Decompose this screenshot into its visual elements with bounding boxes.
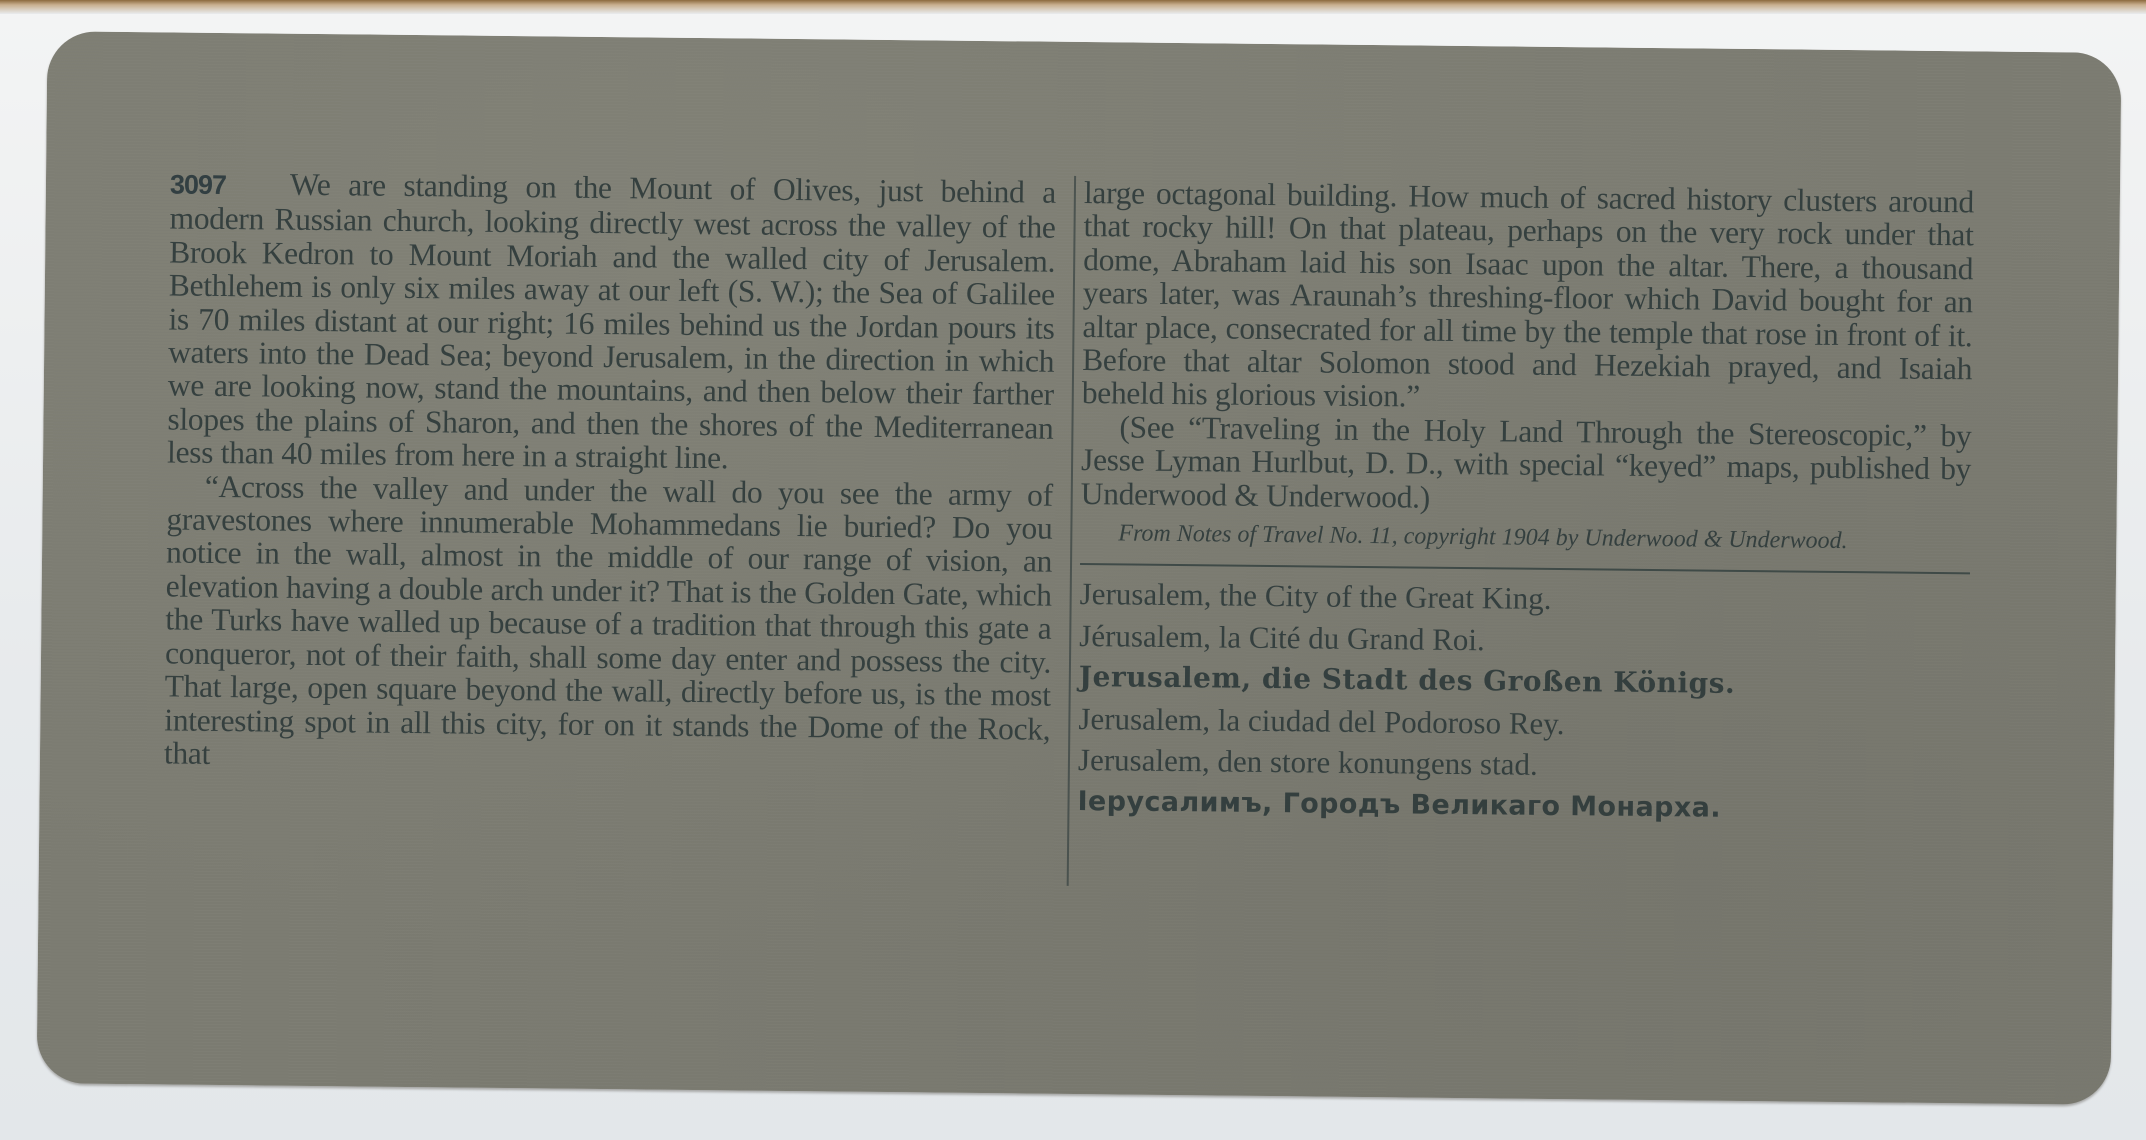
multilingual-titles: Jerusalem, the City of the Great King. J… [1077,573,1970,831]
left-paragraph-1-text: We are standing on the Mount of Olives, … [167,167,1056,476]
catalog-number: 3097 [170,168,290,203]
reference-note: (See “Traveling in the Holy Land Through… [1081,410,1972,520]
stereoview-card-back: 3097We are standing on the Mount of Oliv… [37,31,2122,1105]
left-column: 3097We are standing on the Mount of Oliv… [164,166,1056,779]
title-russian: Іерусалимъ, Городъ Великаго Монарха. [1077,781,1967,832]
right-column: large octagonal building. How much of sa… [1077,176,1974,831]
left-paragraph-1: 3097We are standing on the Mount of Oliv… [167,166,1056,478]
scan-top-edge [0,0,2146,14]
column-divider [1067,176,1076,886]
horizontal-rule [1080,563,1970,574]
right-paragraph-continued: large octagonal building. How much of sa… [1082,176,1974,419]
copyright-credit: From Notes of Travel No. 11, copyright 1… [1080,520,1970,556]
left-paragraph-2: “Across the valley and under the wall do… [164,469,1053,779]
